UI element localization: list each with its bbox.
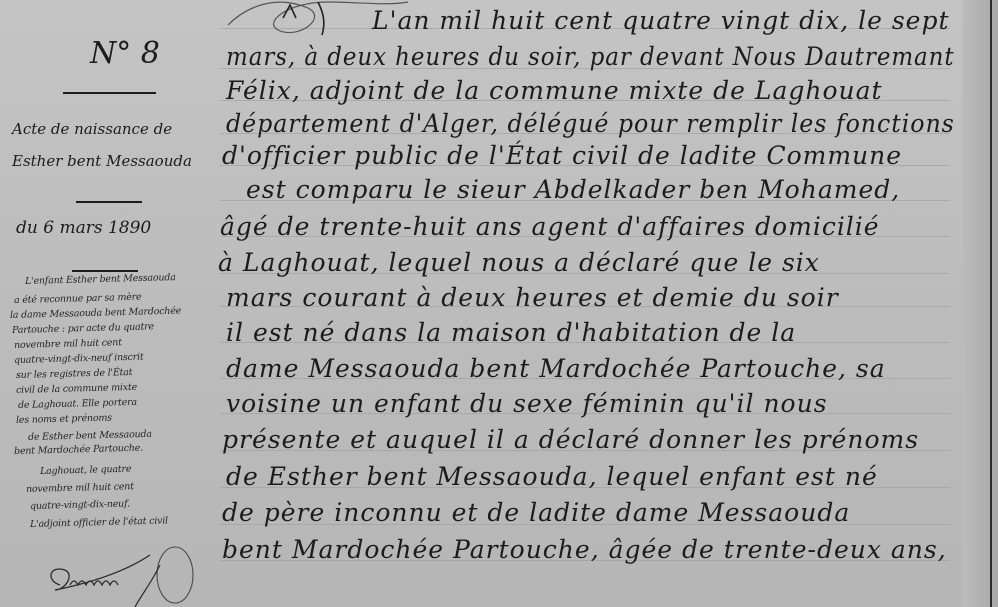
annotation-overline (72, 270, 138, 272)
margin-date: du 6 mars 1890 (16, 218, 151, 238)
annotation-line: sur les registres de l'État (16, 367, 133, 381)
signature-flourish-icon (40, 535, 200, 607)
body-line: de père inconnu et de ladite dame Messao… (222, 498, 850, 527)
body-line: bent Mardochée Partouche, âgée de trente… (222, 535, 947, 564)
annotation-line: quatre-vingt-dix-neuf. (30, 498, 130, 512)
margin-title-name: Esther bent Messaouda (12, 152, 192, 170)
body-line: dame Messaouda bent Mardochée Partouche,… (226, 354, 886, 383)
margin-title-line: Acte de naissance de (12, 120, 172, 138)
body-line: L'an mil huit cent quatre vingt dix, le … (372, 6, 950, 35)
body-line: d'officier public de l'État civil de lad… (222, 141, 902, 170)
body-line: présente et auquel il a déclaré donner l… (222, 425, 919, 454)
body-line: voisine un enfant du sexe féminin qu'il … (226, 389, 828, 418)
body-line: il est né dans la maison d'habitation de… (226, 318, 796, 347)
page-binding-shadow (962, 0, 998, 607)
annotation-line: les noms et prénoms (16, 412, 112, 426)
body-line: âgé de trente-huit ans agent d'affaires … (220, 212, 880, 241)
annotation-line: L'adjoint officier de l'état civil (30, 515, 168, 530)
page-binding-edge (990, 0, 992, 607)
body-line: mars courant à deux heures et demie du s… (226, 283, 839, 312)
entry-number: N° 8 (90, 36, 160, 71)
margin-divider (76, 201, 142, 203)
body-line: département d'Alger, délégué pour rempli… (226, 109, 955, 138)
annotation-line: civil de la commune mixte (16, 382, 137, 396)
annotation-line: novembre mil huit cent (14, 337, 122, 351)
annotation-line: de Esther bent Messaouda (28, 429, 152, 443)
register-page: N° 8 Acte de naissance de Esther bent Me… (0, 0, 998, 607)
body-line: à Laghouat, lequel nous a déclaré que le… (218, 248, 820, 277)
annotation-line: L'enfant Esther bent Messaouda (25, 272, 176, 287)
body-line: est comparu le sieur Abdelkader ben Moha… (246, 175, 900, 204)
body-line: mars, à deux heures du soir, par devant … (226, 42, 955, 71)
annotation-line: la dame Messaouda bent Mardochée (10, 306, 181, 321)
annotation-line: bent Mardochée Partouche. (14, 443, 143, 457)
annotation-line: novembre mil huit cent (26, 481, 134, 495)
annotation-line: quatre-vingt-dix-neuf inscrit (14, 352, 144, 366)
annotation-line: Partouche : par acte du quatre (12, 321, 154, 336)
annotation-line: de Laghouat. Elle portera (18, 397, 137, 411)
entry-number-underline (63, 92, 156, 94)
body-line: Félix, adjoint de la commune mixte de La… (226, 76, 883, 105)
annotation-line: a été reconnue par sa mère (14, 292, 142, 306)
body-line: de Esther bent Messaouda, lequel enfant … (226, 462, 878, 491)
annotation-line: Laghouat, le quatre (40, 464, 132, 477)
